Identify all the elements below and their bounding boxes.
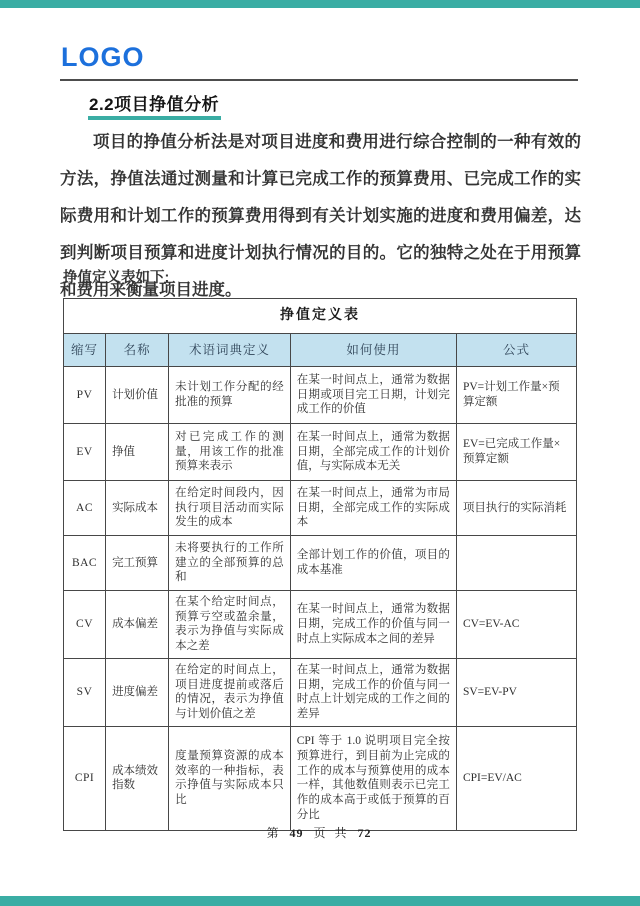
col-header-formula: 公式 <box>456 334 576 367</box>
table-row: CV成本偏差在某个给定时间点，预算亏空或盈余量，表示为挣值与实际成本之差在某一时… <box>64 591 577 659</box>
cell-usage: 在某一时间点上，通常为数据日期，完成工作的价值与同一时点上计划完成的工作之间的差… <box>290 658 456 726</box>
cell-abbr: EV <box>64 424 106 481</box>
cell-definition: 对已完成工作的测量，用该工作的批准预算来表示 <box>169 424 291 481</box>
table-header-row: 缩写 名称 术语词典定义 如何使用 公式 <box>64 334 577 367</box>
table-row: EV挣值对已完成工作的测量，用该工作的批准预算来表示在某一时间点上，通常为数据日… <box>64 424 577 481</box>
col-header-abbr: 缩写 <box>64 334 106 367</box>
cell-name: 成本偏差 <box>106 591 169 659</box>
cell-definition: 在某个给定时间点，预算亏空或盈余量，表示为挣值与实际成本之差 <box>169 591 291 659</box>
cell-name: 完工预算 <box>106 536 169 591</box>
heading-accent-underline <box>88 116 221 120</box>
col-header-name: 名称 <box>106 334 169 367</box>
cell-abbr: SV <box>64 658 106 726</box>
cell-abbr: CPI <box>64 726 106 830</box>
earned-value-definition-table: 挣值定义表 缩写 名称 术语词典定义 如何使用 公式 PV计划价值未计划工作分配… <box>63 298 577 831</box>
cell-usage: 在某一时间点上，通常为数据日期或项目完工日期，计划完成工作的价值 <box>290 367 456 424</box>
footer-label-gong: 共 <box>335 826 348 840</box>
page-footer: 第 49 页 共 72 <box>0 824 640 841</box>
table-row: CPI成本绩效指数度量预算资源的成本效率的一种指标，表示挣值与实际成本只比CPI… <box>64 726 577 830</box>
cell-usage: 在某一时间点上，通常为数据日期，完成工作的价值与同一时点上实际成本之间的差异 <box>290 591 456 659</box>
cell-definition: 未将要执行的工作所建立的全部预算的总和 <box>169 536 291 591</box>
cell-abbr: CV <box>64 591 106 659</box>
cell-abbr: PV <box>64 367 106 424</box>
cell-usage: 在某一时间点上，通常为市局日期，全部完成工作的实际成本 <box>290 481 456 536</box>
cell-abbr: AC <box>64 481 106 536</box>
footer-label-di: 第 <box>266 826 279 840</box>
cell-name: 成本绩效指数 <box>106 726 169 830</box>
cell-abbr: BAC <box>64 536 106 591</box>
cell-definition: 度量预算资源的成本效率的一种指标，表示挣值与实际成本只比 <box>169 726 291 830</box>
col-header-usage: 如何使用 <box>290 334 456 367</box>
cell-usage: 在某一时间点上，通常为数据日期，全部完成工作的计划价值，与实际成本无关 <box>290 424 456 481</box>
cell-formula: CV=EV-AC <box>456 591 576 659</box>
cell-usage: 全部计划工作的价值，项目的成本基准 <box>290 536 456 591</box>
cell-formula <box>456 536 576 591</box>
bottom-accent-bar <box>0 896 640 906</box>
cell-formula: PV=计划工作量×预算定额 <box>456 367 576 424</box>
cell-formula: 项目执行的实际消耗 <box>456 481 576 536</box>
footer-current-page: 49 <box>289 826 303 840</box>
cell-formula: CPI=EV/AC <box>456 726 576 830</box>
footer-total-pages: 72 <box>358 826 372 840</box>
cell-definition: 在给定的时间点上，项目进度提前或落后的情况，表示为挣值与计划价值之差 <box>169 658 291 726</box>
cell-name: 挣值 <box>106 424 169 481</box>
table-title-row: 挣值定义表 <box>64 299 577 334</box>
header-divider-line <box>60 79 578 81</box>
table-body: PV计划价值未计划工作分配的经批准的预算在某一时间点上，通常为数据日期或项目完工… <box>64 367 577 831</box>
top-accent-bar <box>0 0 640 8</box>
table-row: SV进度偏差在给定的时间点上，项目进度提前或落后的情况，表示为挣值与计划价值之差… <box>64 658 577 726</box>
table-row: AC实际成本在给定时间段内，因执行项目活动而实际发生的成本在某一时间点上，通常为… <box>64 481 577 536</box>
company-logo: LOGO <box>61 42 145 73</box>
col-header-definition: 术语词典定义 <box>169 334 291 367</box>
cell-name: 实际成本 <box>106 481 169 536</box>
table-title: 挣值定义表 <box>64 299 577 334</box>
table-row: PV计划价值未计划工作分配的经批准的预算在某一时间点上，通常为数据日期或项目完工… <box>64 367 577 424</box>
cell-definition: 在给定时间段内，因执行项目活动而实际发生的成本 <box>169 481 291 536</box>
cell-name: 计划价值 <box>106 367 169 424</box>
cell-definition: 未计划工作分配的经批准的预算 <box>169 367 291 424</box>
cell-name: 进度偏差 <box>106 658 169 726</box>
section-heading: 2.2项目挣值分析 <box>89 90 219 115</box>
cell-formula: EV=已完成工作量×预算定额 <box>456 424 576 481</box>
cell-formula: SV=EV-PV <box>456 658 576 726</box>
cell-usage: CPI 等于 1.0 说明项目完全按预算进行，到目前为止完成的工作的成本与预算使… <box>290 726 456 830</box>
table-intro-text: 挣值定义表如下: <box>63 266 169 287</box>
footer-label-ye: 页 <box>313 826 326 840</box>
table-row: BAC完工预算未将要执行的工作所建立的全部预算的总和全部计划工作的价值，项目的成… <box>64 536 577 591</box>
document-page: LOGO 2.2项目挣值分析 项目的挣值分析法是对项目进度和费用进行综合控制的一… <box>0 0 640 906</box>
